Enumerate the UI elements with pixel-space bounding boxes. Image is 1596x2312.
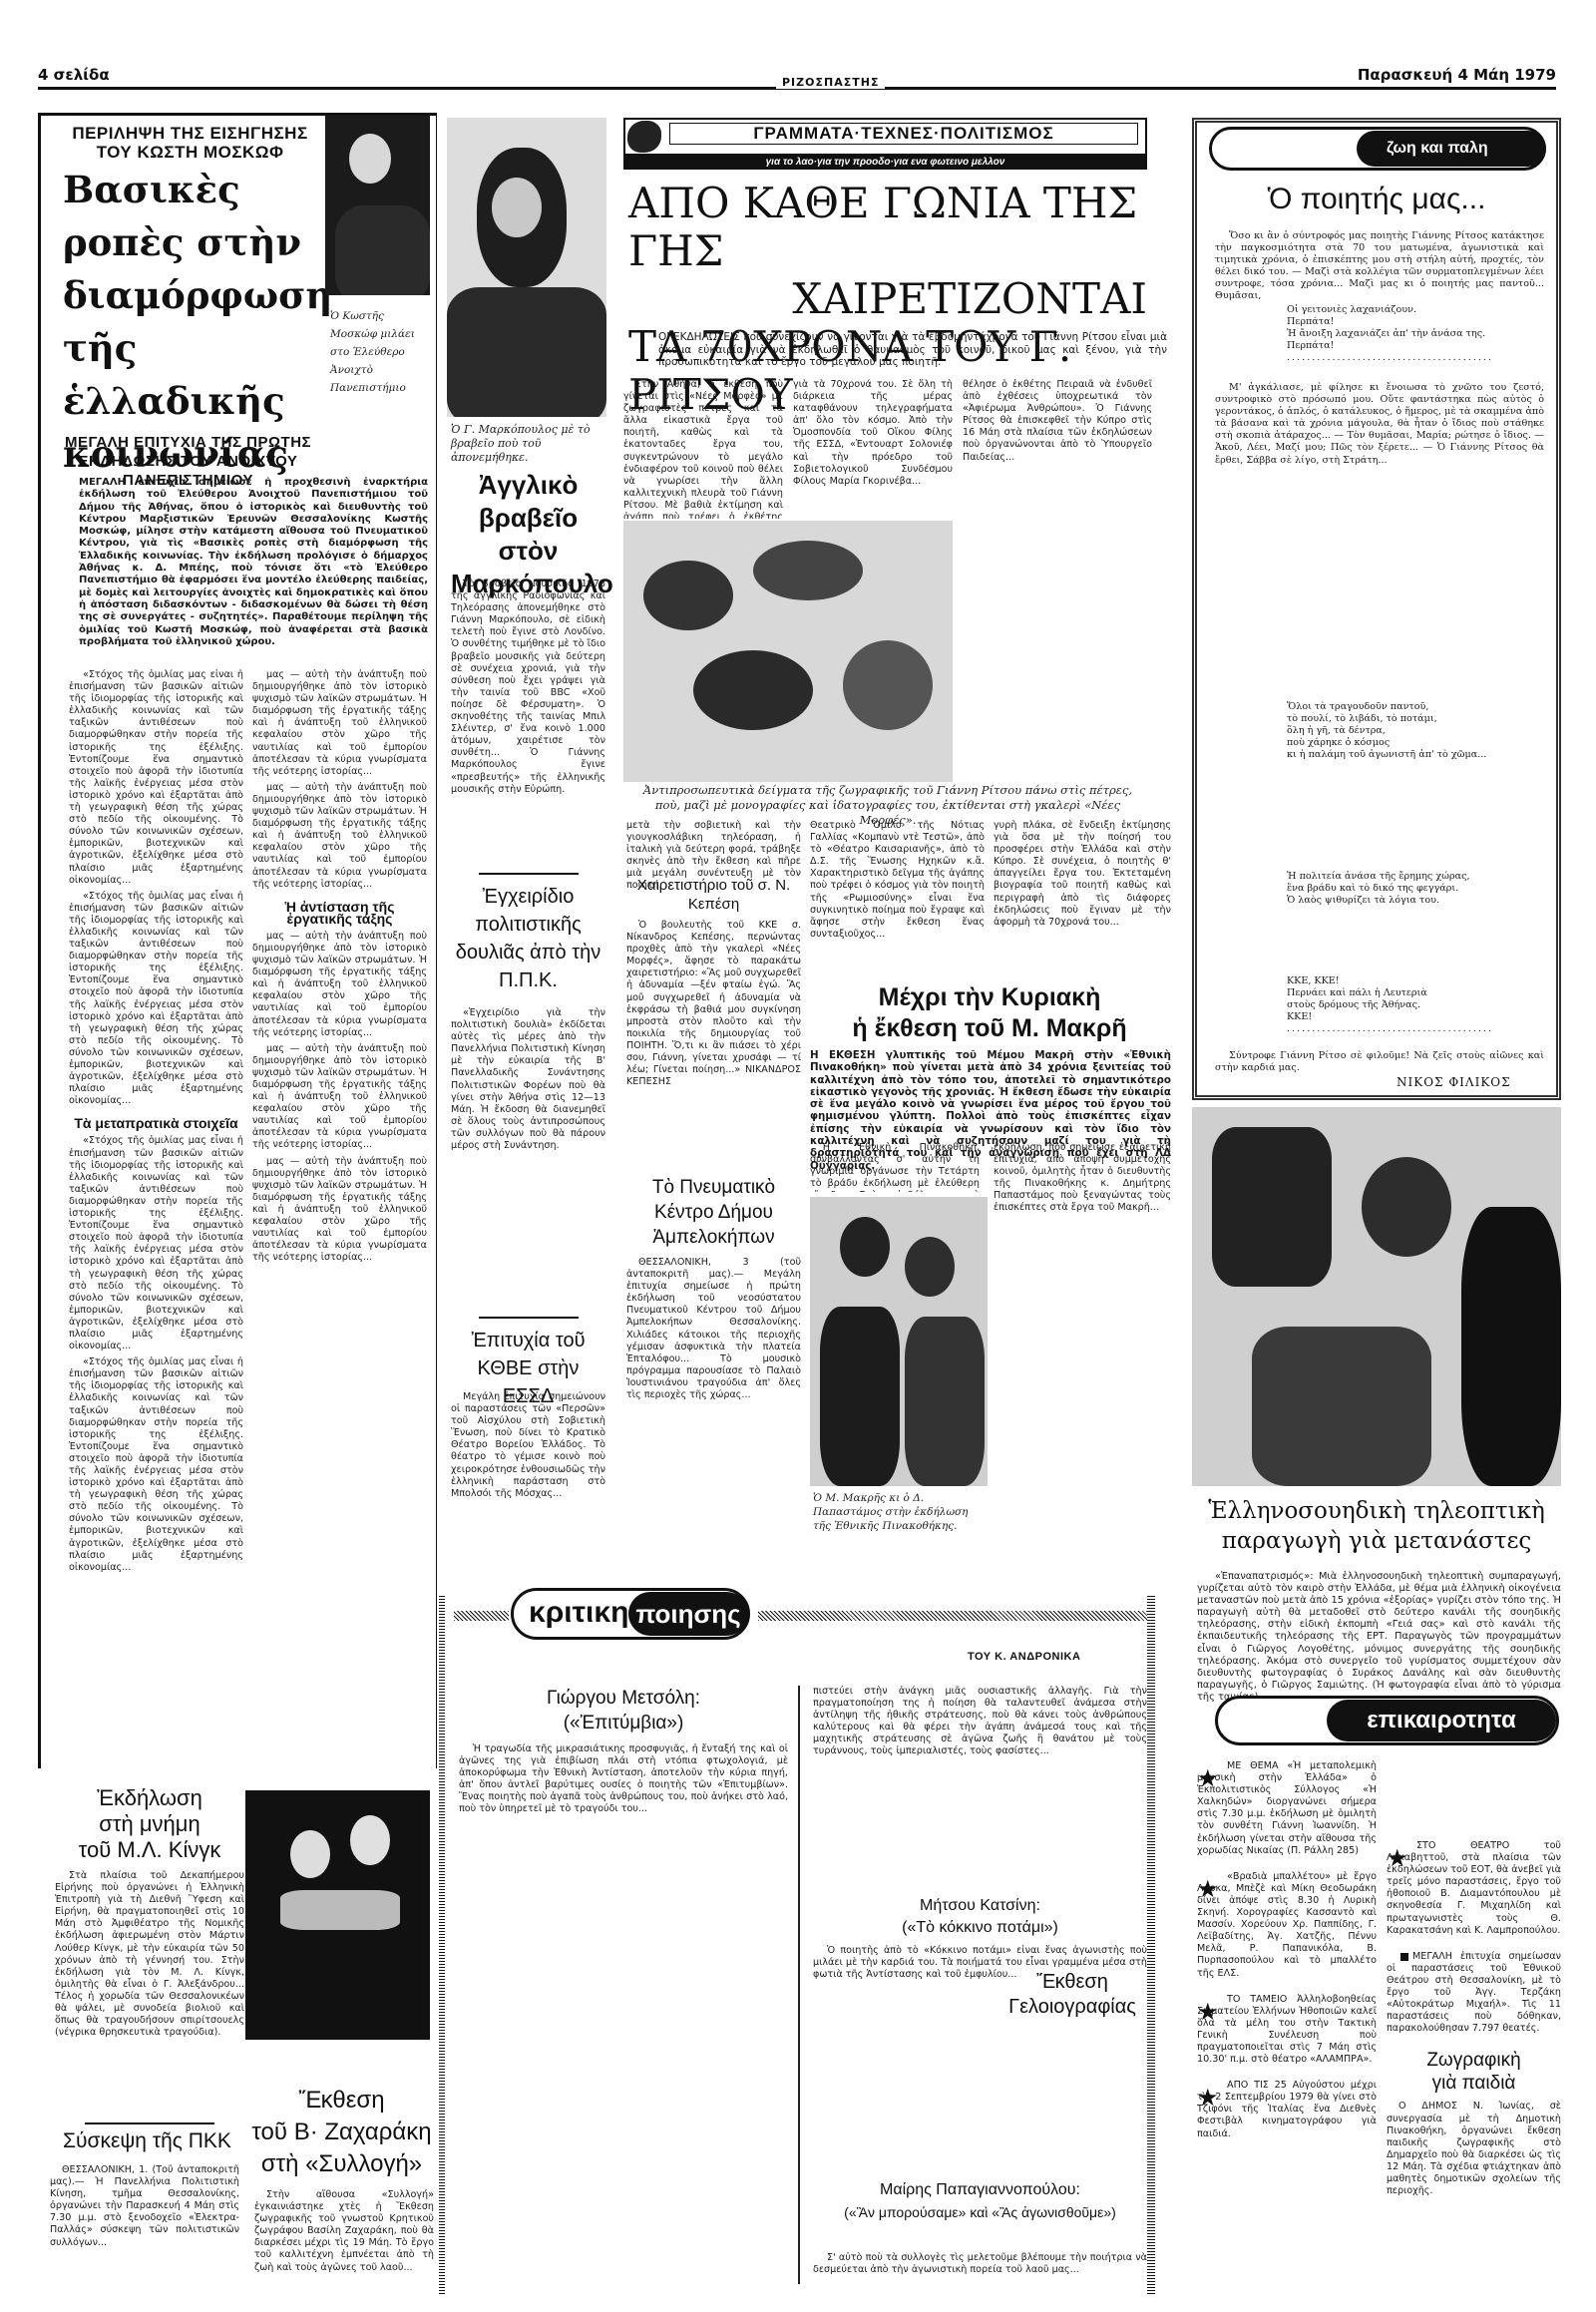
page-number: 4 σελίδα	[38, 66, 110, 84]
zacharakis-headline: Ἔκθεση τοῦ Β· Ζαχαράκη στὴ «Συλλογή»	[249, 2085, 434, 2180]
ritsos-stones-photo	[623, 521, 953, 782]
square-bullet-icon	[1400, 1953, 1408, 1961]
zografiki-headline: Ζωγραφικὴ γιὰ παιδιὰ	[1387, 2049, 1561, 2095]
zoi-closing: Σύντροφε Γιάννη Ρίτσο σὲ φιλοῦμε! Νὰ ζεῖ…	[1215, 1050, 1544, 1074]
review2-body: Ὁ ποιητὴς ἀπὸ τὸ «Κόκκινο ποτάμι» εἶναι …	[813, 1945, 1147, 2095]
star-icon: ★	[1197, 2086, 1219, 2110]
tv-headline: Ἑλληνοσουηδικὴ τηλεοπτικὴ παραγωγὴ γιὰ μ…	[1192, 1496, 1561, 1556]
kritiki-divider-left	[454, 1611, 509, 1621]
king-body: Στὰ πλαίσια τοῦ Δεκαπήμερου Εἰρήνης ποὺ …	[55, 1870, 244, 2110]
poiisis-label: ποιησης	[628, 1592, 748, 1636]
makris-headline: Μέχρι τὴν Κυριακὴ ἡ ἔκθεση τοῦ Μ. Μακρῆ	[810, 982, 1169, 1044]
review3-body: Σ' αὐτὸ ποὺ τὰ συλλογὲς τὶς μελετοῦμε βλ…	[813, 2252, 1147, 2302]
makris-col1: Ἡ Ἐθνικὴ Πινακοθήκη, συνβάλλοντας σ' αὐτ…	[810, 1142, 980, 1192]
review2-title: Μήτσου Κατσίνη: («Τὸ κόκκινο ποτάμι»)	[813, 1895, 1147, 1939]
greeting-body: Ὁ βουλευτὴς τοῦ ΚΚΕ σ. Νίκανδρος Κεπέσης…	[626, 920, 801, 1169]
zoi-body: Μ' ἀγκάλιασε, μὲ φίλησε κι ἔνοιωσα τὸ χν…	[1215, 382, 1544, 681]
ritsos-lead: ΟΙ ΕΚΔΗΛΩΣΕΙΣ ποὺ συνεχίζουν νὰ γίνονται…	[658, 331, 1167, 369]
epikairotita-col2: ★ ΣΤΟ ΘΕΑΤΡΟ τοῦ Λυκαβηττοῦ, στὰ πλαίσια…	[1387, 1760, 1561, 2197]
ritsos-sub-col2: Θεατρικὸ Ὅμιλο τῆς Νότιας Γαλλίας «Κομπα…	[810, 820, 985, 969]
greeting-headline: Χαιρετιστήριο τοῦ σ. Ν. Κεπέση	[626, 876, 801, 914]
zoi-kai-pali-box: ζωη και παλη Ὁ ποιητής μας... Ὅσο κι ἂν …	[1192, 118, 1561, 1100]
article-body-col1: «Στόχος τῆς ὁμιλίας μας εἶναι ἡ ἐπισήμαν…	[69, 669, 243, 1766]
markopoulos-photo-caption: Ὁ Γ. Μαρκόπουλος μὲ τὸ βραβεῖο ποὺ τοῦ ἀ…	[451, 423, 605, 465]
king-headline: Ἐκδήλωση στὴ μνήμη τοῦ Μ.Λ. Κίνγκ	[55, 1785, 244, 1863]
pbk-headline: Ἐγχειρίδιο πολιτιστικῆς δουλιᾶς ἀπὸ τὴν …	[451, 883, 605, 994]
review1-body: Ἡ τραγωδία τῆς μικρασιάτικης προσφυγιᾶς,…	[459, 1743, 788, 2063]
makris-photo	[810, 1197, 988, 1486]
sculpture-divider	[1147, 1596, 1155, 2294]
moskof-photo	[325, 116, 430, 295]
ritsos-col3: θέλησε ὁ ἐκθέτης Πειραιᾶ νὰ ἐνδυθεῖ ἀπὸ …	[963, 379, 1152, 778]
news-item: ★ ΣΤΟ ΘΕΑΤΡΟ τοῦ Λυκαβηττοῦ, στὰ πλαίσια…	[1387, 1840, 1561, 1937]
column-divider	[798, 1686, 800, 2284]
ritsos-col2: γιὰ τὰ 70χρονά του. Σὲ ὅλη τὴ διάρκεια τ…	[793, 379, 953, 519]
divider	[479, 873, 579, 875]
tv-production-photo	[1192, 1107, 1561, 1486]
star-icon: ★	[1197, 1877, 1219, 1901]
review3-title: Μαίρης Παπαγιαννοπούλου: («Ἂν μπορούσαμε…	[813, 2179, 1147, 2223]
pkk-body: ΘΕΣΣΑΛΟΝΙΚΗ, 1. (Τοῦ ἀνταποκριτῆ μας).— …	[50, 2164, 239, 2304]
ampelokipi-body: ΘΕΣΣΑΛΟΝΙΚΗ, 3 (τοῦ ἀνταποκριτῆ μας).— Μ…	[626, 1257, 801, 1561]
zoi-intro: Ὅσο κι ἂν ὁ σύντροφός μας ποιητὴς Γιάννη…	[1215, 230, 1544, 303]
zoi-poem-3: Ἡ πολιτεία ἀνάσα τῆς ἔρημης χώρας, ἕνα β…	[1287, 871, 1546, 907]
epikairotita-label: επικαιροτητα	[1327, 1700, 1556, 1741]
subhead-metapratika: Τὰ μεταπρατικὰ στοιχεῖα	[69, 1117, 243, 1129]
ritsos-sub-col3: γυρὴ πλάκα, σὲ ἔνδειξη ἐκτίμησης γιὰ ὅσα…	[994, 820, 1171, 969]
zacharakis-body: Στὴν αἴθουσα «Συλλογή» ἐγκαινιάστηκε χτὲ…	[254, 2189, 434, 2304]
zoi-poem-4: ΚΚΕ, ΚΚΕ! Περνάει καὶ πάλι ἡ Λευτεριὰ στ…	[1287, 975, 1546, 1035]
column-divider-hatched	[439, 1596, 445, 2294]
ritsos-col1: Στὴν Ἀθήνα, ἡ ἔκθεση ποὺ γίνεται στὶς «Ν…	[623, 379, 783, 519]
zografiki-body: Ο ΔΗΜΟΣ Ν. Ἰωνίας, σὲ συνεργασία μὲ τὴ Δ…	[1387, 2101, 1561, 2197]
makris-photo-caption: Ὁ Μ. Μακρῆς κι ὁ Δ. Παπαστάμος στὴν ἐκδή…	[813, 1491, 988, 1533]
tv-body: «Ἐπαναπατρισμός»: Μιὰ ἑλληνοσουηδικὴ τηλ…	[1197, 1571, 1561, 1704]
pkk-headline: Σύσκεψη τῆς ΠΚΚ	[50, 2129, 244, 2153]
zoi-headline: Ὁ ποιητής μας...	[1197, 183, 1556, 216]
zoi-poem-1: Οἱ γειτονιὲς λαχανιάζουν. Περπάτα! Ἡ ἄνο…	[1287, 304, 1546, 364]
article-kicker: ΠΕΡΙΛΗΨΗ ΤΗΣ ΕΙΣΗΓΗΣΗΣ ΤΟΥ ΚΩΣΤΗ ΜΟΣΚΩΦ	[63, 124, 317, 162]
masthead: 4 σελίδα ΡΙΖΟΣΠΑΣΤΗΣ Παρασκευή 4 Μάη 197…	[38, 62, 1556, 90]
zoi-banner-label: ζωη και παλη	[1357, 131, 1546, 167]
makris-col2: ἐκδήλωση, ποὺ σημείωσε ἐξαιρετικὴ ἐπιτυχ…	[994, 1142, 1171, 1561]
news-item: ★ ΤΟ ΤΑΜΕΙΟ Ἀλληλοβοηθείας Σωματείου Ἑλλ…	[1197, 1994, 1377, 2067]
review1-title: Γιώργου Μετσόλη: («Ἐπιτύμβια»)	[459, 1686, 788, 1735]
moskof-article: ΠΕΡΙΛΗΨΗ ΤΗΣ ΕΙΣΗΓΗΣΗΣ ΤΟΥ ΚΩΣΤΗ ΜΟΣΚΩΦ …	[38, 113, 437, 1768]
markopoulos-body: Τὸ βραβεῖο μουσικῆς 1978 τῆς ἀγγλικῆς Ρα…	[451, 578, 605, 848]
divider	[479, 1317, 579, 1319]
kthve-body: Μεγάλη ἐπιτυχία σημειώνουν οἱ παραστάσει…	[451, 1391, 605, 1571]
markopoulos-photo	[447, 118, 606, 417]
pbk-body: «Ἐγχειρίδιο γιὰ τὴν πολιτιστικὴ δουλιὰ» …	[451, 1007, 605, 1297]
moskof-photo-caption: Ὁ Κωστῆς Μοσκώφ μιλάει στο Ἐλεύθερο Ἀνοι…	[330, 307, 425, 397]
news-item: ★ ΑΠΟ ΤΙΣ 25 Αὐγούστου μέχρι τὶς 2 Σεπτε…	[1197, 2080, 1377, 2139]
news-item: ★ «Βραδιὰ μπαλλέτου» μὲ ἔργο Λόρκα, Μπὲζ…	[1197, 1871, 1377, 1980]
epikairotita-col1: ★ ΜΕ ΘΕΜΑ «Ἡ μεταπολεμικὴ μουσικὴ στὴν Ἑ…	[1197, 1760, 1377, 2140]
issue-date: Παρασκευή 4 Μάη 1979	[1358, 66, 1556, 84]
ampelokipi-headline: Τὸ Πνευματικὸ Κέντρο Δήμου Ἀμπελοκήπων	[626, 1175, 801, 1250]
star-icon: ★	[1387, 1846, 1408, 1870]
news-item: ★ ΜΕ ΘΕΜΑ «Ἡ μεταπολεμικὴ μουσικὴ στὴν Ἑ…	[1197, 1760, 1377, 1857]
newspaper-name: ΡΙΖΟΣΠΑΣΤΗΣ	[776, 76, 885, 89]
zoi-signature: ΝΙΚΟΣ ΦΙΛΙΚΟΣ	[1396, 1075, 1511, 1089]
article-lead: ΜΕΓΑΛΗ ἐπιτυχία σημείωσε ἡ προχθεσινὴ ἐν…	[79, 477, 428, 648]
subhead-resistance: Ἡ ἀντίσταση τῆς ἐργατικῆς τάξης	[252, 901, 427, 925]
news-item: ΜΕΓΑΛΗ ἐπιτυχία σημείωσαν οἱ παραστάσεις…	[1387, 1951, 1561, 2036]
geloiografia-headline: Ἔκθεση Γελοιογραφίας	[997, 1970, 1147, 2020]
kritiki-divider-right	[758, 1611, 1147, 1621]
star-icon: ★	[1197, 1766, 1219, 1790]
kritiki-label: κριτικη	[529, 1594, 628, 1632]
zoi-poem-2: Ὅλοι τὰ τραγουδοῦν παντοῦ, τὸ πουλί, τὸ …	[1287, 701, 1546, 761]
banner-title: ΓΡΑΜΜΑΤΑ·ΤΕΧΝΕΣ·ΠΟΛΙΤΙΣΜΟΣ	[669, 123, 1138, 145]
kritiki-byline: ΤΟΥ Κ. ΑΝΔΡΟΝΙΚΑ	[968, 1651, 1080, 1663]
article-body-col2: μας — αὐτὴ τὴν ἀνάπτυξη ποὺ δημιουργήθηκ…	[252, 669, 427, 1766]
culture-banner: ΓΡΑΜΜΑΤΑ·ΤΕΧΝΕΣ·ΠΟΛΙΤΙΣΜΟΣ	[623, 118, 1147, 156]
divider	[85, 2122, 214, 2124]
star-icon: ★	[1197, 2000, 1219, 2024]
king-photo	[245, 1790, 430, 2040]
banner-logo-icon	[627, 121, 661, 153]
banner-tagline: για το λαο·για την προοδο·για ενα φωτειν…	[623, 156, 1147, 170]
